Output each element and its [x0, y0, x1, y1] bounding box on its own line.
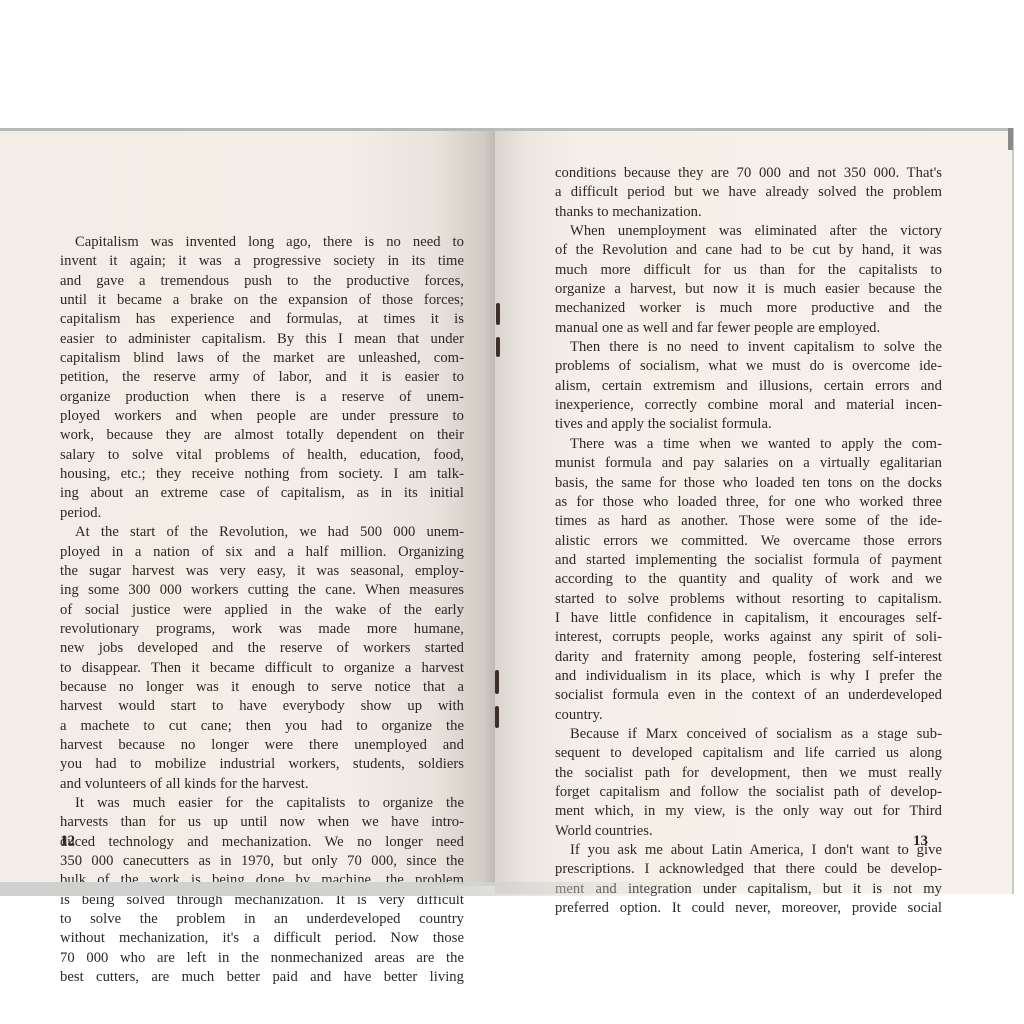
right-page-body-text: conditions because they are 70 000 and n…	[555, 164, 942, 918]
text-line: according to the quantity and quality of…	[555, 570, 942, 589]
text-line: of the Revolution and cane had to be cut…	[555, 241, 942, 260]
text-line: much more difficult for us than for the …	[555, 261, 942, 280]
book-spread: Capitalism was invented long ago, there …	[0, 128, 1014, 894]
text-line: interest, corrupts people, works against…	[555, 628, 942, 647]
text-line: basis, the same for those who loaded ten…	[555, 474, 942, 493]
text-line: harvest because no longer were there une…	[60, 736, 464, 755]
text-line: harvest would start to have everybody sh…	[60, 697, 464, 716]
text-line: I have little confidence in capitalism, …	[555, 609, 942, 628]
text-line: manual one as well and far fewer people …	[555, 319, 942, 338]
text-line: Capitalism was invented long ago, there …	[60, 233, 464, 252]
text-line: Then there is no need to invent capitali…	[555, 338, 942, 357]
page-edge-mark	[1008, 128, 1013, 150]
text-line: as for those who loaded three, for one w…	[555, 493, 942, 512]
text-line: to disappear. Then it became difficult t…	[60, 659, 464, 678]
right-page: conditions because they are 70 000 and n…	[495, 128, 1014, 894]
text-line: ing some 300 000 workers cutting the can…	[60, 581, 464, 600]
staple-bottom-lower	[495, 706, 499, 728]
text-line: tives and apply the socialist formula.	[555, 415, 942, 434]
text-line: ing about an extreme case of capitalism,…	[60, 484, 464, 503]
text-line: duced technology and mechanization. We n…	[60, 833, 464, 852]
text-line: mechanized worker is much more productiv…	[555, 299, 942, 318]
text-line: inexperience, correctly combine moral an…	[555, 396, 942, 415]
text-line: because no longer was it enough to serve…	[60, 678, 464, 697]
text-line: socialist formula even in the context of…	[555, 686, 942, 705]
page-bottom-shadow	[0, 882, 700, 896]
text-line: and individualism in its place, which is…	[555, 667, 942, 686]
text-line: organize a harvest, but now it is much e…	[555, 280, 942, 299]
text-line: a machete to cut cane; then you had to o…	[60, 717, 464, 736]
text-line: salary to solve vital problems of health…	[60, 446, 464, 465]
text-line: to solve the problem in an underdevelope…	[60, 910, 464, 929]
text-line: and started implementing the socialist f…	[555, 551, 942, 570]
text-line: until it became a brake on the expansion…	[60, 291, 464, 310]
text-line: ment which, in my view, is the only way …	[555, 802, 942, 821]
text-line: the sugar harvest was very easy, it was …	[60, 562, 464, 581]
text-line: alism, certain extremism and illusions, …	[555, 377, 942, 396]
text-line: work, because they are almost totally de…	[60, 426, 464, 445]
text-line: the socialist path for development, then…	[555, 764, 942, 783]
text-line: ployed workers and when people are under…	[60, 407, 464, 426]
text-line: 70 000 who are left in the nonmechanized…	[60, 949, 464, 968]
text-line: new jobs developed and the reserve of wo…	[60, 639, 464, 658]
text-line: thanks to mechanization.	[555, 203, 942, 222]
text-line: There was a time when we wanted to apply…	[555, 435, 942, 454]
text-line: 350 000 canecutters as in 1970, but only…	[60, 852, 464, 871]
text-line: When unemployment was eliminated after t…	[555, 222, 942, 241]
text-line: World countries.	[555, 822, 942, 841]
right-page-number: 13	[913, 833, 928, 850]
text-line: easier to administer capitalism. By this…	[60, 330, 464, 349]
staple-top-lower	[496, 337, 500, 357]
text-line: of social justice were applied in the wa…	[60, 601, 464, 620]
text-line: petition, the reserve army of labor, and…	[60, 368, 464, 387]
text-line: prescriptions. I acknowledged that there…	[555, 860, 942, 879]
text-line: At the start of the Revolution, we had 5…	[60, 523, 464, 542]
text-line: It was much easier for the capitalists t…	[60, 794, 464, 813]
text-line: munist formula and pay salaries on a vir…	[555, 454, 942, 473]
text-line: organize production when there is a rese…	[60, 388, 464, 407]
staple-bottom-upper	[495, 670, 499, 694]
text-line: you had to mobilize industrial workers, …	[60, 755, 464, 774]
left-page: Capitalism was invented long ago, there …	[0, 128, 495, 886]
left-page-number: 12	[60, 833, 75, 850]
left-page-body-text: Capitalism was invented long ago, there …	[60, 233, 464, 987]
text-line: darity and fraternity among people, fost…	[555, 648, 942, 667]
text-line: If you ask me about Latin America, I don…	[555, 841, 942, 860]
text-line: capitalism blind laws of the market are …	[60, 349, 464, 368]
staple-top-upper	[496, 303, 500, 325]
text-line: invent it again; it was a progressive so…	[60, 252, 464, 271]
text-line: without mechanization, it's a difficult …	[60, 929, 464, 948]
text-line: harvests than for us up until now when w…	[60, 813, 464, 832]
text-line: conditions because they are 70 000 and n…	[555, 164, 942, 183]
text-line: Because if Marx conceived of socialism a…	[555, 725, 942, 744]
text-line: ployed in a nation of six and a half mil…	[60, 543, 464, 562]
text-line: capitalism has experience and formulas, …	[60, 310, 464, 329]
text-line: preferred option. It could never, moreov…	[555, 899, 942, 918]
text-line: started to solve problems without resort…	[555, 590, 942, 609]
text-line: alistic errors we committed. We overcame…	[555, 532, 942, 551]
text-line: problems of socialism, what we must do i…	[555, 357, 942, 376]
text-line: best cutters, are much better paid and h…	[60, 968, 464, 987]
text-line: and gave a tremendous push to the produc…	[60, 272, 464, 291]
text-line: sequent to developed capitalism and life…	[555, 744, 942, 763]
text-line: country.	[555, 706, 942, 725]
text-line: period.	[60, 504, 464, 523]
text-line: a difficult period but we have already s…	[555, 183, 942, 202]
text-line: housing, etc.; they receive nothing from…	[60, 465, 464, 484]
text-line: forget capitalism and follow the sociali…	[555, 783, 942, 802]
text-line: and volunteers of all kinds for the harv…	[60, 775, 464, 794]
text-line: revolutionary programs, work was made mo…	[60, 620, 464, 639]
text-line: times as hard as another. Those were som…	[555, 512, 942, 531]
